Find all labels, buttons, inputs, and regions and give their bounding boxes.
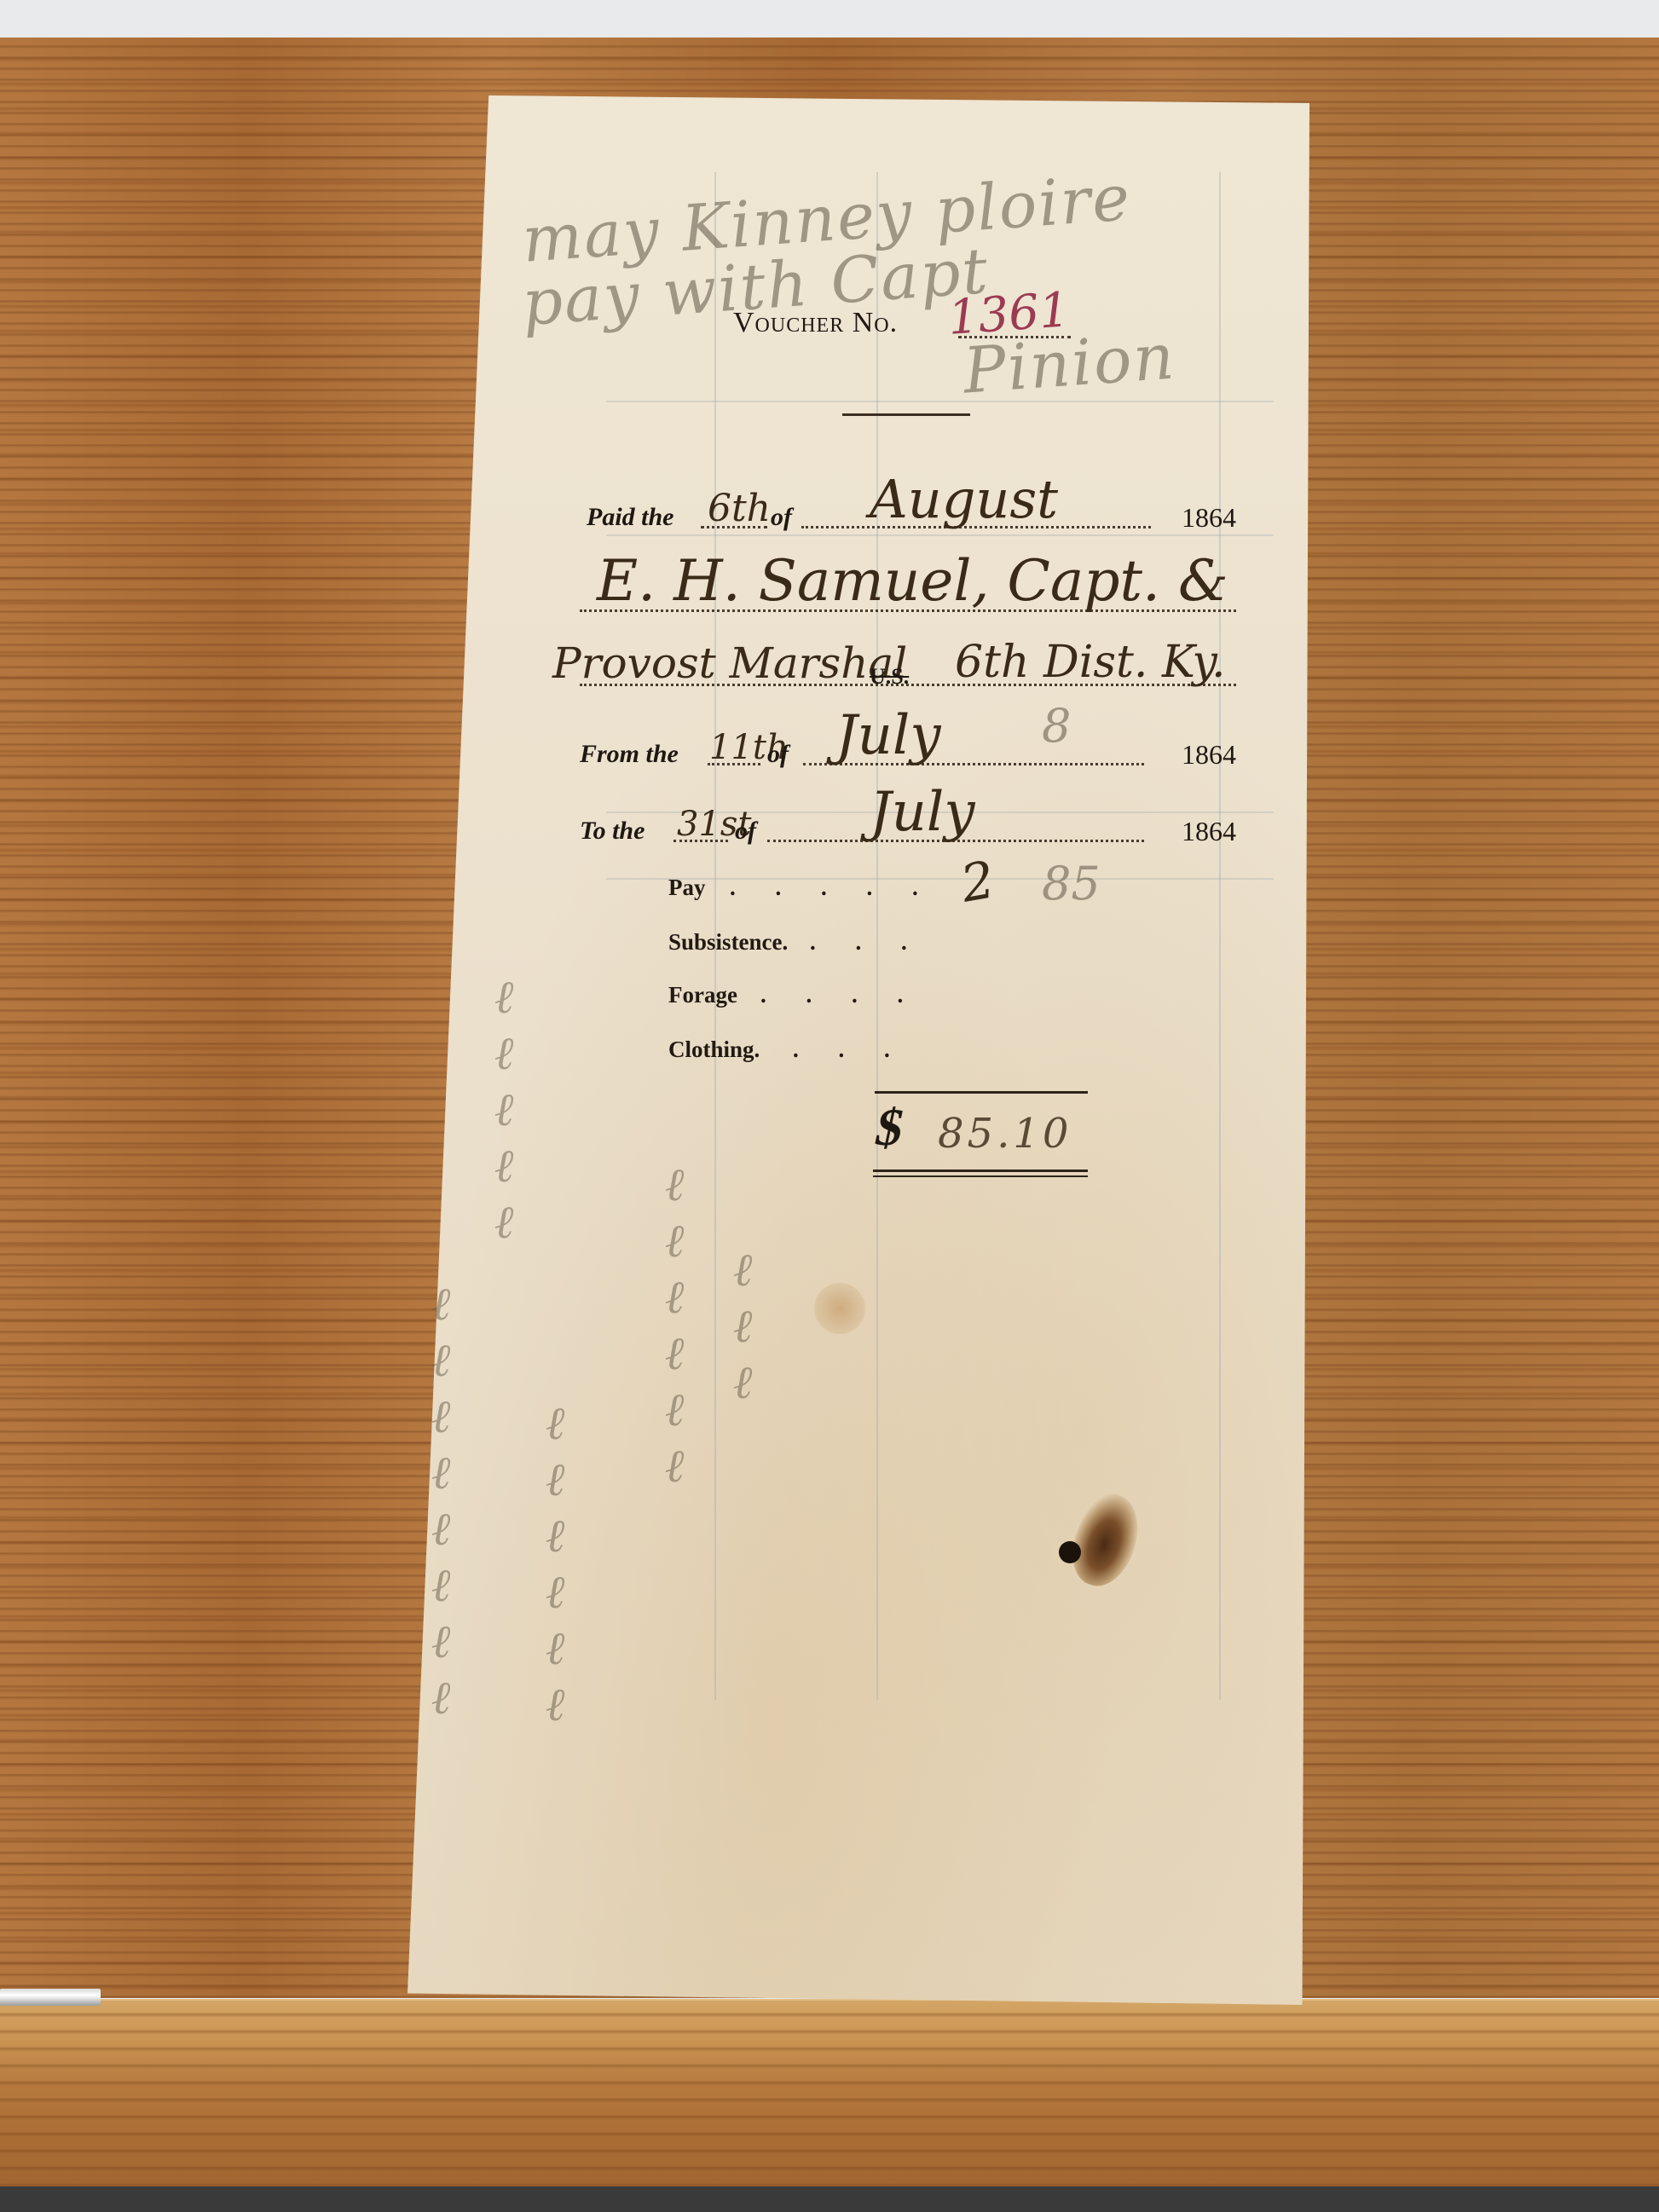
of-label: of <box>735 817 756 846</box>
of-label: of <box>767 740 789 769</box>
ghost-rule <box>606 401 1274 402</box>
forage-label: Forage <box>668 982 737 1008</box>
payee-row-1: E. H. Samuel, Capt. & <box>580 552 1236 621</box>
from-month: July <box>835 704 941 767</box>
payee-row-2: Provost Marshal U.S. 6th Dist. Ky. <box>580 627 1236 695</box>
total-amount: 85.10 <box>938 1110 1072 1158</box>
margin-figure: 85 <box>1042 857 1101 910</box>
ghost-rule <box>606 878 1274 880</box>
paid-date-row: Paid the 6th of August 1864 <box>580 486 1236 537</box>
to-label: To the <box>580 817 645 846</box>
bleed-through-writing: ℓℓℓℓℓℓ <box>529 1398 582 1841</box>
margin-figure: 8 <box>1042 699 1071 753</box>
wooden-board-edge <box>0 1999 1659 2186</box>
of-label: of <box>771 503 792 532</box>
forage-leader-dots: . . . . <box>760 982 920 1008</box>
to-year: 1864 <box>1182 816 1236 847</box>
paid-day: 6th <box>708 487 771 530</box>
metal-clip <box>0 1989 101 2006</box>
to-month: July <box>870 781 975 844</box>
paid-month: August <box>870 468 1058 530</box>
paid-label: Paid the <box>587 503 674 532</box>
payee-name: E. H. Samuel, Capt. & <box>597 548 1228 614</box>
pay-label: Pay <box>668 875 706 901</box>
voucher-label: Voucher No. <box>733 307 898 339</box>
bleed-through-writing: ℓℓℓ <box>716 1245 770 1500</box>
pay-leader-dots: . . . . . <box>730 875 935 901</box>
bleed-through-writing: ℓℓℓℓℓℓℓℓ <box>414 1279 468 1943</box>
bleed-through-writing: ℓℓℓℓℓ <box>477 972 531 1347</box>
from-date-row: From the 11th of July 1864 <box>580 723 1236 774</box>
payee-district: 6th Dist. Ky. <box>955 637 1225 688</box>
paid-year: 1864 <box>1182 502 1236 534</box>
bleed-through-writing: ℓℓℓℓℓℓ <box>648 1159 702 1688</box>
rust-stain <box>814 1283 865 1334</box>
dark-floor <box>0 2186 1659 2212</box>
printed-us-struck: U.S. <box>870 664 909 690</box>
from-label: From the <box>580 740 679 769</box>
total-rule-bottom <box>873 1170 1088 1172</box>
from-year: 1864 <box>1182 739 1236 771</box>
clothing-leader-dots: . . . <box>793 1037 907 1063</box>
clothing-label: Clothing. <box>668 1037 760 1063</box>
payee-title: Provost Marshal <box>552 638 907 688</box>
total-rule-top <box>875 1091 1088 1094</box>
ghost-rule <box>1219 172 1221 1700</box>
subsistence-leader-dots: . . . <box>810 929 924 956</box>
divider-rule <box>842 413 970 416</box>
total-rule-bottom <box>873 1175 1088 1177</box>
subsistence-label: Subsistence. <box>668 929 788 956</box>
voucher-number: 1361 <box>946 282 1072 346</box>
to-date-row: To the 31st of July 1864 <box>580 800 1236 851</box>
pin-hole <box>1059 1541 1081 1563</box>
